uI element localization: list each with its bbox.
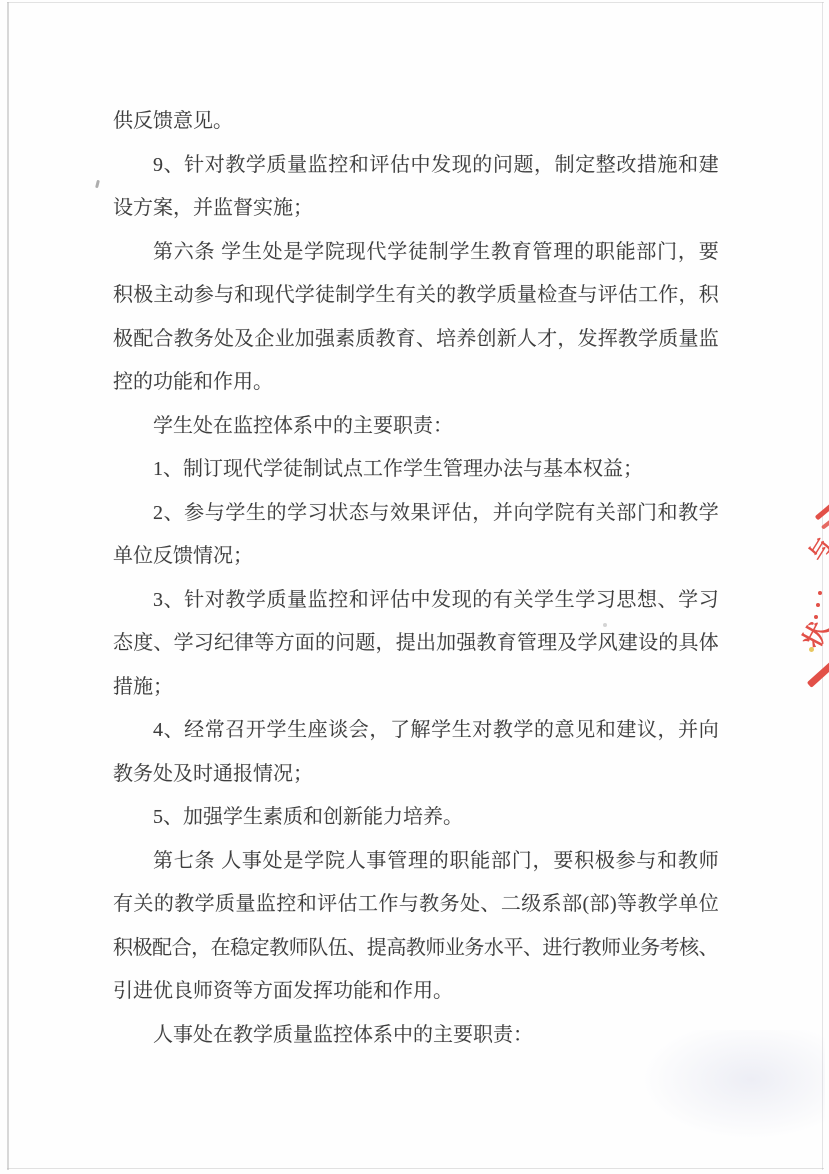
text-line: 5、加强学生素质和创新能力培养。: [113, 796, 718, 840]
seal-fragment-dot: [816, 603, 820, 607]
page-edge-top: [7, 2, 824, 3]
scan-speck: [95, 180, 100, 188]
text-block: 供反馈意见。9、针对教学质量监控和评估中发现的问题，制定整改措施和建设方案，并监…: [113, 100, 718, 1057]
text-line: 4、经常召开学生座谈会，了解学生对教学的意见和建议，并向: [113, 709, 718, 753]
seal-fragment-dot: [809, 647, 814, 652]
text-line: 有关的教学质量监控和评估工作与教务处、二级系部(部)等教学单位: [113, 883, 718, 927]
text-line: 供反馈意见。: [113, 100, 718, 144]
text-line: 第六条 学生处是学院现代学徒制学生教育管理的职能部门，要: [113, 231, 718, 275]
page-edge-bottom: [7, 1168, 824, 1169]
seal-fragment-stroke: [815, 499, 829, 521]
seal-fragment-glyph: 与: [806, 535, 829, 565]
seal-fragment-dot: [814, 615, 818, 619]
text-line: 设方案，并监督实施；: [113, 187, 718, 231]
seal-fragment-stroke: [807, 661, 829, 688]
page-edge-right: [822, 2, 823, 1170]
seal-fragment-glyph: 状: [800, 619, 829, 653]
text-line: 单位反馈情况；: [113, 535, 718, 579]
partial-seal-stamp: 与 状: [803, 495, 829, 700]
document-page: 供反馈意见。9、针对教学质量监控和评估中发现的问题，制定整改措施和建设方案，并监…: [0, 0, 829, 1174]
text-line: 第七条 人事处是学院人事管理的职能部门，要积极参与和教师: [113, 840, 718, 884]
text-line: 态度、学习纪律等方面的问题，提出加强教育管理及学风建设的具体: [113, 622, 718, 666]
text-line: 教务处及时通报情况；: [113, 753, 718, 797]
seal-fragment-dot: [818, 591, 822, 595]
page-edge-left: [7, 2, 9, 1170]
text-line: 措施；: [113, 666, 718, 710]
text-line: 人事处在教学质量监控体系中的主要职责：: [113, 1014, 718, 1058]
text-line: 极配合教务处及企业加强素质教育、培养创新人才，发挥教学质量监: [113, 318, 718, 362]
seal-fragment-stroke: [821, 514, 829, 529]
text-line: 3、针对教学质量监控和评估中发现的有关学生学习思想、学习: [113, 579, 718, 623]
text-line: 积极主动参与和现代学徒制学生有关的教学质量检查与评估工作，积: [113, 274, 718, 318]
text-line: 2、参与学生的学习状态与效果评估，并向学院有关部门和教学: [113, 492, 718, 536]
text-line: 1、制订现代学徒制试点工作学生管理办法与基本权益；: [113, 448, 718, 492]
text-line: 学生处在监控体系中的主要职责：: [113, 405, 718, 449]
text-line: 控的功能和作用。: [113, 361, 718, 405]
text-line: 积极配合，在稳定教师队伍、提高教师业务水平、进行教师业务考核、: [113, 927, 718, 971]
text-line: 9、针对教学质量监控和评估中发现的问题，制定整改措施和建: [113, 144, 718, 188]
text-line: 引进优良师资等方面发挥功能和作用。: [113, 970, 718, 1014]
